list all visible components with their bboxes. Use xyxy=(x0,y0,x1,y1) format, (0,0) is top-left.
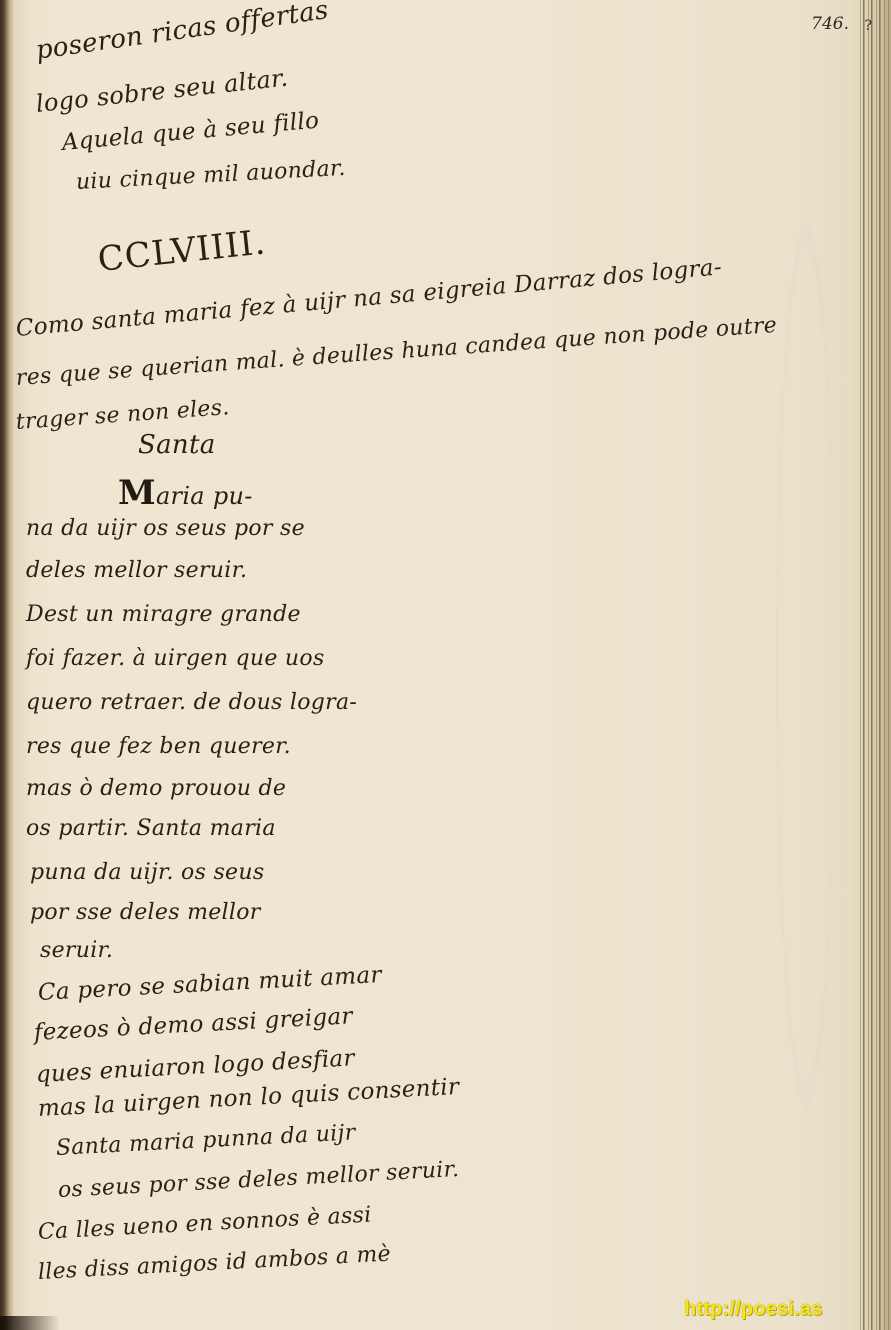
manuscript-page: 746. ? poseron ricas offertas logo sobre… xyxy=(0,0,891,1330)
watermark-url: http://poesi.as xyxy=(684,1298,823,1321)
text-line: na da uijr os seus por se xyxy=(26,518,305,540)
page-fore-edge xyxy=(857,0,891,1330)
text-line: seruir. xyxy=(40,940,113,962)
text-line: poseron ricas offertas xyxy=(34,0,330,64)
refrain-heading: Santa xyxy=(138,432,216,458)
verse-line: Santa maria punna da uijr xyxy=(55,1122,356,1160)
folio-mark: ? xyxy=(864,18,872,34)
binding-shadow xyxy=(0,1316,60,1330)
verse-line: fezeos ò demo assi greigar xyxy=(33,1005,353,1045)
edge-line xyxy=(871,0,872,1330)
text-line: Dest un miragre grande xyxy=(26,604,301,626)
text-line: quero retraer. de dous logra- xyxy=(26,692,357,714)
verse-line: Ca pero se sabian muit amar xyxy=(37,964,382,1005)
refrain-first-text: aria pu- xyxy=(156,482,253,510)
text-line: puna da uijr. os seus xyxy=(30,862,264,884)
verse-line: Ca lles ueno en sonnos è assi xyxy=(37,1205,372,1244)
text-line: deles mellor seruir. xyxy=(26,560,247,582)
text-line: por sse deles mellor xyxy=(30,902,261,924)
verse-line: lles diss amigos id ambos a mè xyxy=(37,1244,391,1284)
folio-number: 746. xyxy=(811,14,849,34)
chapter-number: CCLVIIII. xyxy=(96,222,268,279)
text-line: res que fez ben querer. xyxy=(26,736,291,758)
paper-watermark-pattern xyxy=(761,0,851,1330)
edge-line xyxy=(863,0,864,1330)
book-gutter xyxy=(0,0,14,1330)
refrain-first-line: Maria pu- xyxy=(118,476,253,510)
edge-line xyxy=(879,0,880,1330)
text-line: Aquela que à seu fillo xyxy=(61,110,320,155)
verse-line: os seus por sse deles mellor seruir. xyxy=(57,1159,459,1202)
text-line: uiu cinque mil auondar. xyxy=(75,158,346,194)
text-line: mas ò demo prouou de xyxy=(26,778,286,800)
decorated-initial: M xyxy=(118,473,156,513)
text-line: os partir. Santa maria xyxy=(26,818,276,840)
text-line: logo sobre seu altar. xyxy=(35,66,289,116)
rubric-line: trager se non eles. xyxy=(15,397,230,434)
text-line: foi fazer. à uirgen que uos xyxy=(26,648,325,670)
